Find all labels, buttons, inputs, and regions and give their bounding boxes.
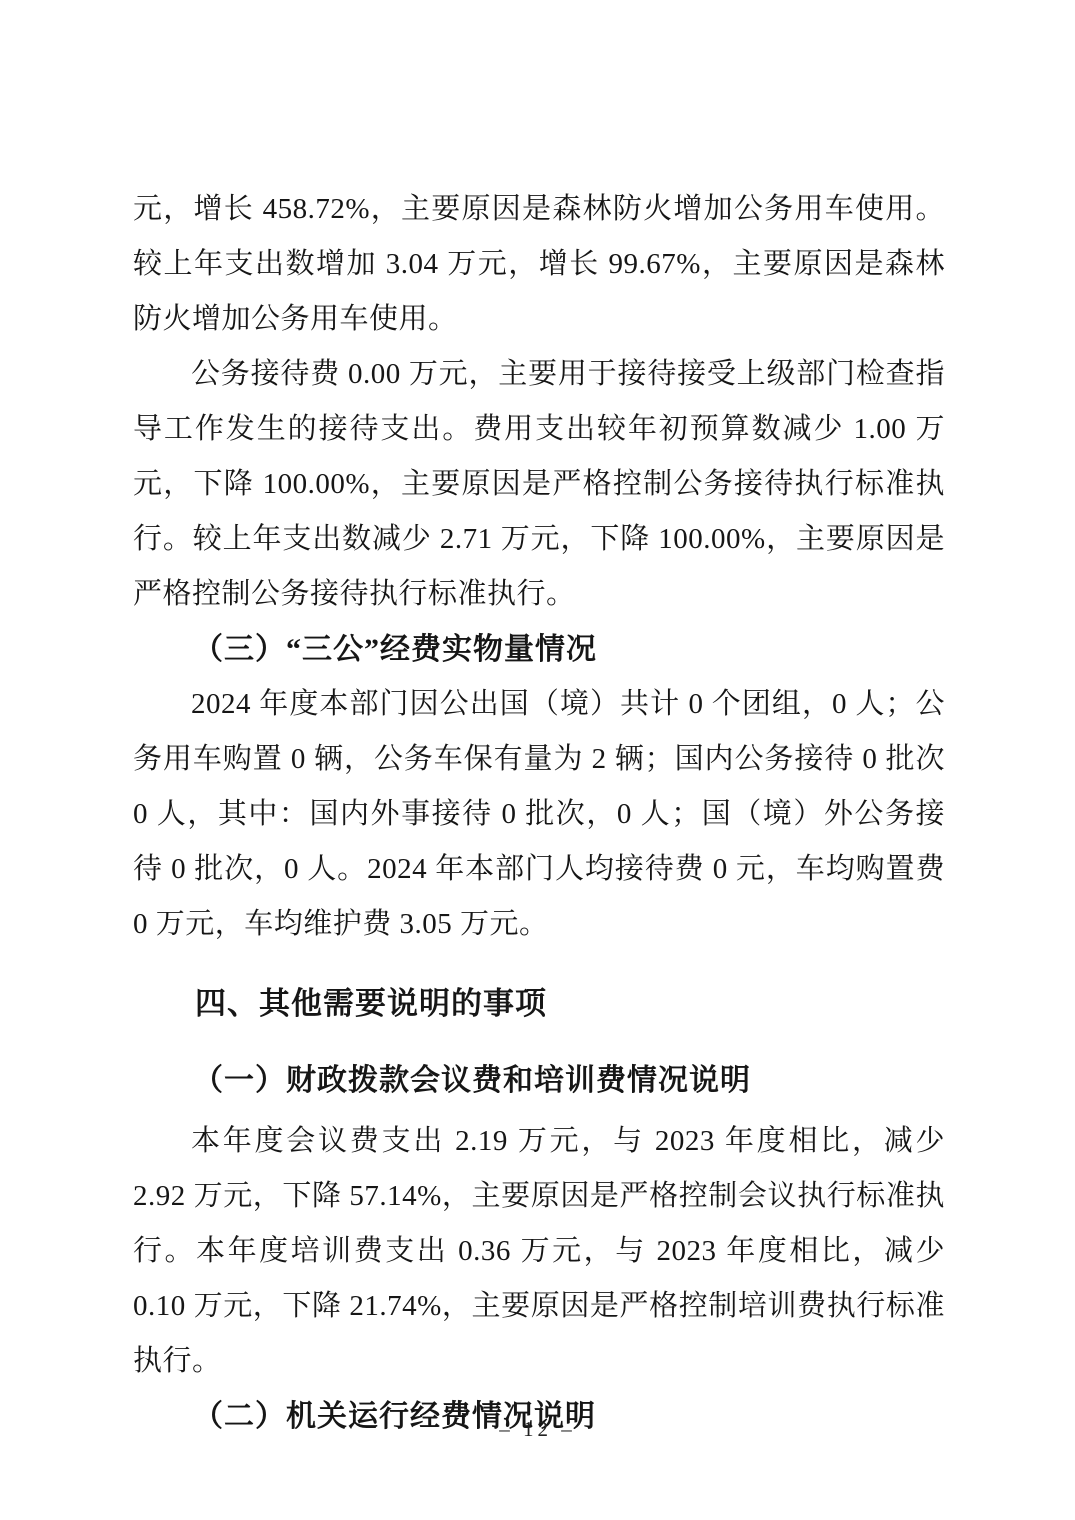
page-number: – 12 –	[0, 1417, 1075, 1442]
paragraph-meeting-training-fee-details: 本年度会议费支出 2.19 万元，与 2023 年度相比，减少 2.92 万元，…	[133, 1114, 945, 1389]
document-body: 元，增长 458.72%，主要原因是森林防火增加公务用车使用。较上年支出数增加 …	[0, 0, 1075, 1444]
document-page: 元，增长 458.72%，主要原因是森林防火增加公务用车使用。较上年支出数增加 …	[0, 0, 1075, 1520]
paragraph-physical-quantity-details: 2024 年度本部门因公出国（境）共计 0 个团组，0 人；公务用车购置 0 辆…	[133, 677, 945, 952]
heading-section-one-meeting-training-fees: （一）财政拨款会议费和培训费情况说明	[133, 1053, 945, 1108]
heading-section-three-physical-quantity: （三）“三公”经费实物量情况	[133, 622, 945, 677]
heading-chapter-four-other-matters: 四、其他需要说明的事项	[133, 976, 945, 1031]
paragraph-official-reception-expense: 公务接待费 0.00 万元，主要用于接待接受上级部门检查指导工作发生的接待支出。…	[133, 347, 945, 622]
paragraph-vehicle-expense-continuation: 元，增长 458.72%，主要原因是森林防火增加公务用车使用。较上年支出数增加 …	[133, 182, 945, 347]
